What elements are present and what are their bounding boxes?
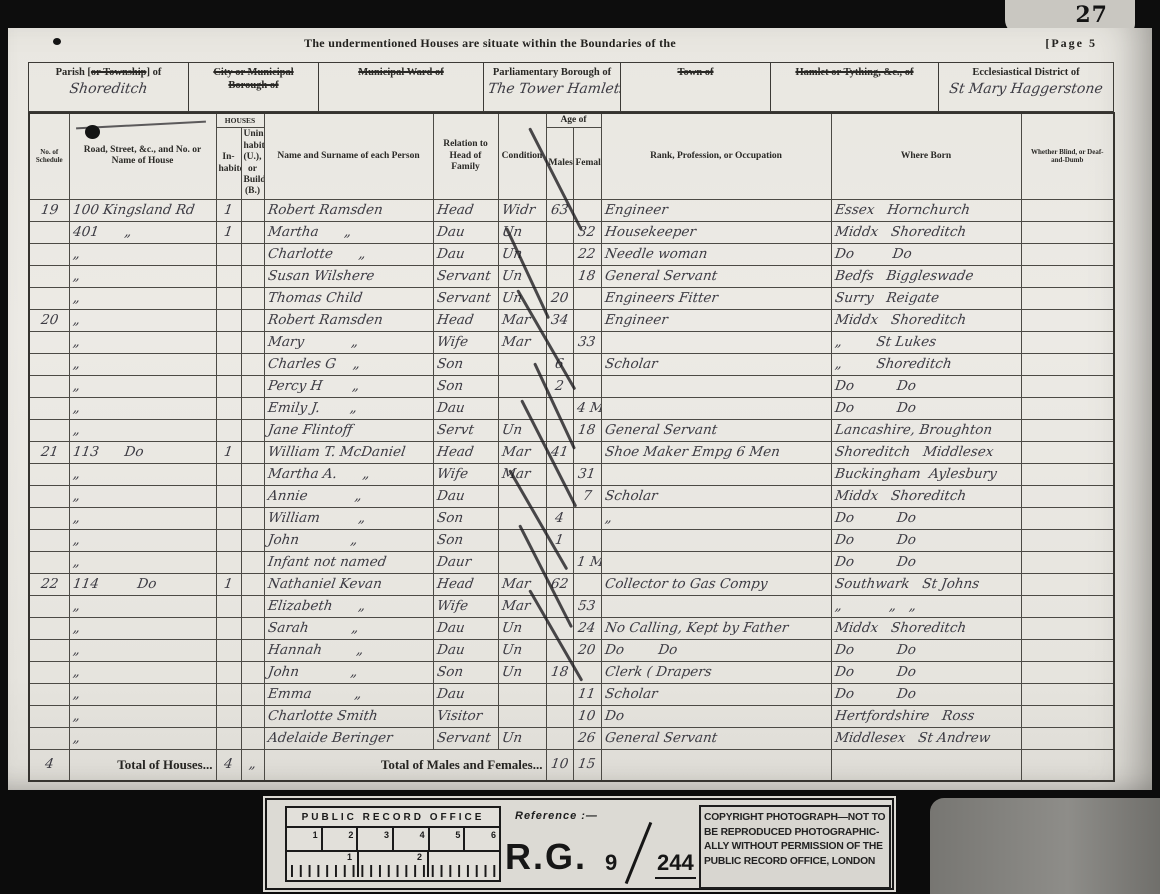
cell-occupation: Scholar — [601, 353, 831, 375]
cell-born: Middx Shoreditch — [831, 485, 1021, 507]
census-record-row: „ Susan Wilshere Servant Un 18 General S… — [29, 265, 1114, 287]
cell-schedule — [29, 507, 69, 529]
cell-inhabited — [216, 529, 241, 551]
totals-uninhabited-mark: „ — [241, 749, 264, 781]
census-form-paper: The undermentioned Houses are situate wi… — [8, 28, 1152, 790]
cell-infirm — [1021, 243, 1114, 265]
cell-address: „ — [69, 265, 216, 287]
cell-age-female: 11 — [573, 683, 601, 705]
parish-label: Parish [or Township] of — [33, 66, 184, 79]
cell-infirm — [1021, 705, 1114, 727]
cell-relation: Head — [433, 309, 498, 331]
cell-born: Bedfs Biggleswade — [831, 265, 1021, 287]
cell-age-female: 53 — [573, 595, 601, 617]
cell-age-male — [546, 243, 573, 265]
cell-condition: Un — [498, 265, 546, 287]
col-header-schedule: No. of Schedule — [29, 113, 69, 199]
cell-infirm — [1021, 683, 1114, 705]
cell-uninhabited — [241, 375, 264, 397]
cell-uninhabited — [241, 595, 264, 617]
census-record-row: 401 „ 1 Martha „ Dau Un 32 Housekeeper M… — [29, 221, 1114, 243]
totals-houses-label: Total of Houses... — [69, 749, 216, 781]
reference-number: R.G. 9 244 — [505, 834, 685, 884]
cell-born: Middx Shoreditch — [831, 221, 1021, 243]
cell-age-female: 10 — [573, 705, 601, 727]
town-label: Town of — [625, 66, 766, 79]
cell-occupation: Engineers Fitter — [601, 287, 831, 309]
col-header-females: Females — [573, 128, 601, 199]
cell-inhabited — [216, 485, 241, 507]
cell-age-female — [573, 529, 601, 551]
cell-condition: Mar — [498, 441, 546, 463]
cell-relation: Head — [433, 441, 498, 463]
boundary-heading: The undermentioned Houses are situate wi… — [8, 36, 972, 51]
cell-name: Nathaniel Kevan — [264, 573, 433, 595]
col-header-born: Where Born — [831, 113, 1021, 199]
cell-schedule — [29, 683, 69, 705]
cell-uninhabited — [241, 331, 264, 353]
cell-age-male: 18 — [546, 661, 573, 683]
cell-infirm — [1021, 617, 1114, 639]
cell-address: „ — [69, 551, 216, 573]
census-record-row: „ Charlotte „ Dau Un 22 Needle woman Do … — [29, 243, 1114, 265]
cell-age-female: 24 — [573, 617, 601, 639]
col-header-houses: HOUSES — [216, 113, 264, 128]
cell-condition: Un — [498, 661, 546, 683]
cell-age-female — [573, 287, 601, 309]
city-borough-cell: City or Municipal Borough of — [189, 63, 319, 112]
cell-age-male: 20 — [546, 287, 573, 309]
cell-age-male — [546, 727, 573, 749]
cell-age-female: 18 — [573, 419, 601, 441]
col-header-occupation: Rank, Profession, or Occupation — [601, 113, 831, 199]
cell-infirm — [1021, 353, 1114, 375]
cell-name: John „ — [264, 529, 433, 551]
cell-age-female — [573, 507, 601, 529]
cell-relation: Dau — [433, 617, 498, 639]
public-record-office-stamp: PUBLIC RECORD OFFICE 1 2 3 4 5 6 1 2 Ref… — [265, 798, 894, 890]
cell-age-male — [546, 705, 573, 727]
cell-name: Percy H „ — [264, 375, 433, 397]
cell-uninhabited — [241, 397, 264, 419]
census-record-row: „ John „ Son 1 Do Do — [29, 529, 1114, 551]
cell-infirm — [1021, 529, 1114, 551]
cell-uninhabited — [241, 529, 264, 551]
cell-age-female: 31 — [573, 463, 601, 485]
ruler-numbers: 1 2 3 4 5 6 — [287, 828, 499, 852]
cell-address: „ — [69, 353, 216, 375]
cell-name: Elizabeth „ — [264, 595, 433, 617]
cell-address: „ — [69, 331, 216, 353]
pro-title: PUBLIC RECORD OFFICE — [287, 808, 499, 828]
cell-infirm — [1021, 661, 1114, 683]
cell-age-male — [546, 683, 573, 705]
cell-age-female: 4 Mo — [573, 397, 601, 419]
cell-infirm — [1021, 331, 1114, 353]
cell-born: Middx Shoreditch — [831, 617, 1021, 639]
cell-uninhabited — [241, 705, 264, 727]
cell-schedule — [29, 463, 69, 485]
cell-relation: Daur — [433, 551, 498, 573]
cell-inhabited — [216, 595, 241, 617]
hamlet-cell: Hamlet or Tything, &c., of — [771, 63, 939, 112]
cell-born: Surry Reigate — [831, 287, 1021, 309]
cell-born: Do Do — [831, 683, 1021, 705]
cell-address: „ — [69, 419, 216, 441]
cell-schedule — [29, 705, 69, 727]
cell-occupation — [601, 551, 831, 573]
paper-fragment — [930, 798, 1160, 894]
cell-uninhabited — [241, 309, 264, 331]
municipal-ward-label: Municipal Ward of — [323, 66, 479, 79]
census-record-row: „ Martha A. „ Wife Mar 31 Buckingham Ayl… — [29, 463, 1114, 485]
cell-born: „ „ „ — [831, 595, 1021, 617]
cell-address: 113 Do — [69, 441, 216, 463]
cell-age-female: 18 — [573, 265, 601, 287]
cell-infirm — [1021, 199, 1114, 221]
ruler-ticks: 1 2 — [287, 852, 499, 877]
folio-number: 27 — [1075, 2, 1108, 28]
census-record-row: „ Charles G „ Son 6 Scholar „ Shoreditch — [29, 353, 1114, 375]
cell-occupation: Engineer — [601, 309, 831, 331]
cell-address: „ — [69, 617, 216, 639]
cell-inhabited — [216, 463, 241, 485]
cell-schedule — [29, 617, 69, 639]
cell-infirm — [1021, 507, 1114, 529]
rg-slash — [625, 822, 653, 884]
cell-occupation: Scholar — [601, 485, 831, 507]
cell-infirm — [1021, 287, 1114, 309]
scanned-census-page: { "page": { "folio": "27", "boundary_hea… — [0, 0, 1160, 894]
cell-condition: Mar — [498, 463, 546, 485]
cell-condition — [498, 683, 546, 705]
cell-occupation: Do — [601, 705, 831, 727]
cell-occupation — [601, 375, 831, 397]
cell-schedule: 22 — [29, 573, 69, 595]
cell-inhabited — [216, 419, 241, 441]
cell-born: Do Do — [831, 507, 1021, 529]
cell-infirm — [1021, 441, 1114, 463]
cell-born: Do Do — [831, 551, 1021, 573]
census-record-row: „ Adelaide Beringer Servant Un 26 Genera… — [29, 727, 1114, 749]
cell-name: Thomas Child — [264, 287, 433, 309]
cell-schedule — [29, 485, 69, 507]
reference-label: Reference :— — [515, 810, 598, 822]
hamlet-label: Hamlet or Tything, &c., of — [775, 66, 934, 79]
cell-occupation: Housekeeper — [601, 221, 831, 243]
cell-age-female — [573, 375, 601, 397]
cell-inhabited: 1 — [216, 221, 241, 243]
cell-name: William „ — [264, 507, 433, 529]
parliamentary-borough-label: Parliamentary Borough of — [488, 66, 616, 79]
col-header-infirm: Whether Blind, or Deaf- and-Dumb — [1021, 113, 1114, 199]
cell-schedule — [29, 265, 69, 287]
cell-address: „ — [69, 463, 216, 485]
cell-age-male — [546, 265, 573, 287]
cell-schedule — [29, 727, 69, 749]
cell-born: Do Do — [831, 661, 1021, 683]
cell-infirm — [1021, 551, 1114, 573]
cell-uninhabited — [241, 617, 264, 639]
cell-uninhabited — [241, 507, 264, 529]
cell-schedule — [29, 551, 69, 573]
cell-address: 100 Kingsland Rd — [69, 199, 216, 221]
cell-name: Infant not named — [264, 551, 433, 573]
cell-address: „ — [69, 507, 216, 529]
cell-infirm — [1021, 375, 1114, 397]
totals-persons-label: Total of Males and Females... — [264, 749, 546, 781]
cell-uninhabited — [241, 683, 264, 705]
cell-born: Middx Shoreditch — [831, 309, 1021, 331]
cell-relation: Dau — [433, 221, 498, 243]
copyright-notice: COPYRIGHT PHOTOGRAPH—NOT TO BE REPRODUCE… — [699, 805, 891, 889]
cell-born: „ Shoreditch — [831, 353, 1021, 375]
cell-born: Buckingham Aylesbury — [831, 463, 1021, 485]
census-record-row: „ Mary „ Wife Mar 33 „ St Lukes — [29, 331, 1114, 353]
cell-name: Charles G „ — [264, 353, 433, 375]
cell-relation: Dau — [433, 397, 498, 419]
cell-condition: Mar — [498, 573, 546, 595]
cell-born: Do Do — [831, 243, 1021, 265]
cell-occupation — [601, 463, 831, 485]
cell-occupation: Clerk ( Drapers — [601, 661, 831, 683]
col-header-name: Name and Surname of each Person — [264, 113, 433, 199]
cell-condition: Un — [498, 727, 546, 749]
cell-relation: Wife — [433, 463, 498, 485]
col-header-age: Age of — [546, 113, 601, 128]
cell-name: Sarah „ — [264, 617, 433, 639]
cell-name: Robert Ramsden — [264, 309, 433, 331]
cell-inhabited: 1 — [216, 441, 241, 463]
cell-infirm — [1021, 419, 1114, 441]
cell-address: „ — [69, 485, 216, 507]
cell-born: Essex Hornchurch — [831, 199, 1021, 221]
cell-schedule — [29, 397, 69, 419]
cell-name: Martha A. „ — [264, 463, 433, 485]
cell-relation: Son — [433, 375, 498, 397]
cell-age-male: 4 — [546, 507, 573, 529]
cell-condition: Un — [498, 221, 546, 243]
cell-infirm — [1021, 221, 1114, 243]
cell-relation: Son — [433, 529, 498, 551]
col-header-relation: Relation to Head of Family — [433, 113, 498, 199]
cell-uninhabited — [241, 243, 264, 265]
cell-condition: Un — [498, 617, 546, 639]
cell-age-female: 20 — [573, 639, 601, 661]
ecclesiastical-district-value: St Mary Haggerstone — [942, 81, 1110, 97]
cell-name: Jane Flintoff — [264, 419, 433, 441]
cell-schedule — [29, 331, 69, 353]
cell-uninhabited — [241, 221, 264, 243]
ruler-inch-mark — [357, 852, 359, 877]
totals-females-value: 15 — [573, 749, 601, 781]
cell-address: „ — [69, 661, 216, 683]
cell-infirm — [1021, 463, 1114, 485]
boundary-heading-row: The undermentioned Houses are situate wi… — [8, 36, 1152, 60]
cell-relation: Servant — [433, 727, 498, 749]
cell-address: „ — [69, 595, 216, 617]
cell-inhabited — [216, 243, 241, 265]
cell-name: Annie „ — [264, 485, 433, 507]
parish-cell: Parish [or Township] of Shoreditch — [29, 63, 189, 112]
cell-schedule — [29, 221, 69, 243]
rg-series-number: 9 — [605, 850, 617, 876]
cell-age-male — [546, 221, 573, 243]
cell-name: Hannah „ — [264, 639, 433, 661]
cell-inhabited — [216, 397, 241, 419]
cell-relation: Head — [433, 199, 498, 221]
totals-empty-occupation — [601, 749, 831, 781]
cell-inhabited — [216, 551, 241, 573]
cell-address: „ — [69, 375, 216, 397]
cell-name: Charlotte Smith — [264, 705, 433, 727]
cell-age-female — [573, 573, 601, 595]
cell-uninhabited — [241, 441, 264, 463]
cell-name: Mary „ — [264, 331, 433, 353]
ecclesiastical-district-label: Ecclesiastical District of — [943, 66, 1109, 79]
cell-name: William T. McDaniel — [264, 441, 433, 463]
col-header-uninhabited: Unin- habited (U.), or Building (B.) — [241, 128, 264, 199]
cell-inhabited: 1 — [216, 573, 241, 595]
city-borough-label: City or Municipal Borough of — [193, 66, 314, 92]
municipal-ward-cell: Municipal Ward of — [319, 63, 484, 112]
cell-age-female — [573, 353, 601, 375]
cell-born: Do Do — [831, 397, 1021, 419]
rg-piece-number: 244 — [655, 850, 696, 879]
cell-occupation: General Servant — [601, 727, 831, 749]
cell-schedule: 21 — [29, 441, 69, 463]
cell-uninhabited — [241, 287, 264, 309]
census-record-row: „ Hannah „ Dau Un 20 Do Do Do Do — [29, 639, 1114, 661]
cell-address: „ — [69, 309, 216, 331]
totals-empty-born — [831, 749, 1021, 781]
cell-relation: Servt — [433, 419, 498, 441]
cell-schedule: 20 — [29, 309, 69, 331]
cell-infirm — [1021, 485, 1114, 507]
cell-schedule — [29, 595, 69, 617]
cell-schedule — [29, 419, 69, 441]
cell-address: „ — [69, 727, 216, 749]
totals-houses-value: 4 — [216, 749, 241, 781]
cell-address: „ — [69, 397, 216, 419]
cell-occupation — [601, 595, 831, 617]
parish-value: Shoreditch — [32, 81, 185, 97]
cell-uninhabited — [241, 639, 264, 661]
cell-schedule — [29, 661, 69, 683]
cell-infirm — [1021, 397, 1114, 419]
col-header-inhabited: In- habited — [216, 128, 241, 199]
cell-name: Martha „ — [264, 221, 433, 243]
totals-empty-infirm — [1021, 749, 1114, 781]
cell-schedule — [29, 639, 69, 661]
cell-condition: Widr — [498, 199, 546, 221]
cell-address: 114 Do — [69, 573, 216, 595]
cell-inhabited — [216, 617, 241, 639]
cell-inhabited — [216, 331, 241, 353]
ruler-inch-mark — [427, 852, 429, 877]
cell-infirm — [1021, 573, 1114, 595]
rg-series-letters: R.G. — [505, 836, 587, 878]
cell-occupation: General Servant — [601, 265, 831, 287]
cell-uninhabited — [241, 265, 264, 287]
cell-address: „ — [69, 639, 216, 661]
cell-born: Middlesex St Andrew — [831, 727, 1021, 749]
cell-inhabited: 1 — [216, 199, 241, 221]
cell-schedule — [29, 287, 69, 309]
cell-condition — [498, 705, 546, 727]
cell-schedule — [29, 375, 69, 397]
cell-born: Southwark St Johns — [831, 573, 1021, 595]
cell-born: Shoreditch Middlesex — [831, 441, 1021, 463]
col-header-condition: Condition — [498, 113, 546, 199]
cell-uninhabited — [241, 419, 264, 441]
cell-relation: Dau — [433, 485, 498, 507]
cell-relation: Servant — [433, 287, 498, 309]
cell-occupation: Collector to Gas Compy — [601, 573, 831, 595]
cell-schedule: 19 — [29, 199, 69, 221]
cell-inhabited — [216, 705, 241, 727]
cell-occupation: Engineer — [601, 199, 831, 221]
cell-uninhabited — [241, 661, 264, 683]
pro-ruler: PUBLIC RECORD OFFICE 1 2 3 4 5 6 1 2 — [285, 806, 501, 882]
cell-occupation — [601, 397, 831, 419]
cell-schedule — [29, 529, 69, 551]
cell-age-female: 33 — [573, 331, 601, 353]
cell-born: „ St Lukes — [831, 331, 1021, 353]
cell-address: „ — [69, 243, 216, 265]
cell-address: „ — [69, 287, 216, 309]
cell-occupation: „ — [601, 507, 831, 529]
cell-inhabited — [216, 375, 241, 397]
ink-blot-small — [53, 38, 61, 45]
cell-relation: Son — [433, 353, 498, 375]
cell-occupation: Do Do — [601, 639, 831, 661]
cell-address: „ — [69, 529, 216, 551]
cell-infirm — [1021, 265, 1114, 287]
cell-born: Do Do — [831, 639, 1021, 661]
cell-relation: Visitor — [433, 705, 498, 727]
census-record-row: 22 114 Do 1 Nathaniel Kevan Head Mar 62 … — [29, 573, 1114, 595]
cell-inhabited — [216, 661, 241, 683]
ink-blot — [85, 125, 100, 139]
cell-relation: Dau — [433, 683, 498, 705]
cell-occupation — [601, 529, 831, 551]
cell-name: John „ — [264, 661, 433, 683]
totals-males-value: 10 — [546, 749, 573, 781]
cell-name: Emma „ — [264, 683, 433, 705]
cell-born: Hertfordshire Ross — [831, 705, 1021, 727]
cell-age-female — [573, 309, 601, 331]
cell-uninhabited — [241, 573, 264, 595]
cell-name: Emily J. „ — [264, 397, 433, 419]
cell-infirm — [1021, 595, 1114, 617]
cell-condition — [498, 375, 546, 397]
census-record-row: „ William „ Son 4 „ Do Do — [29, 507, 1114, 529]
totals-margin-mark: 4 — [29, 749, 69, 781]
totals-row: 4 Total of Houses... 4 „ Total of Males … — [29, 749, 1114, 781]
cell-relation: Wife — [433, 331, 498, 353]
cell-condition: Mar — [498, 331, 546, 353]
census-record-row: „ Charlotte Smith Visitor 10 Do Hertford… — [29, 705, 1114, 727]
parliamentary-borough-value: The Tower Hamlets — [487, 81, 617, 97]
cell-inhabited — [216, 639, 241, 661]
cell-occupation: Needle woman — [601, 243, 831, 265]
cell-age-female — [573, 441, 601, 463]
cell-infirm — [1021, 639, 1114, 661]
cell-occupation: General Servant — [601, 419, 831, 441]
cell-address: „ — [69, 683, 216, 705]
cell-inhabited — [216, 727, 241, 749]
